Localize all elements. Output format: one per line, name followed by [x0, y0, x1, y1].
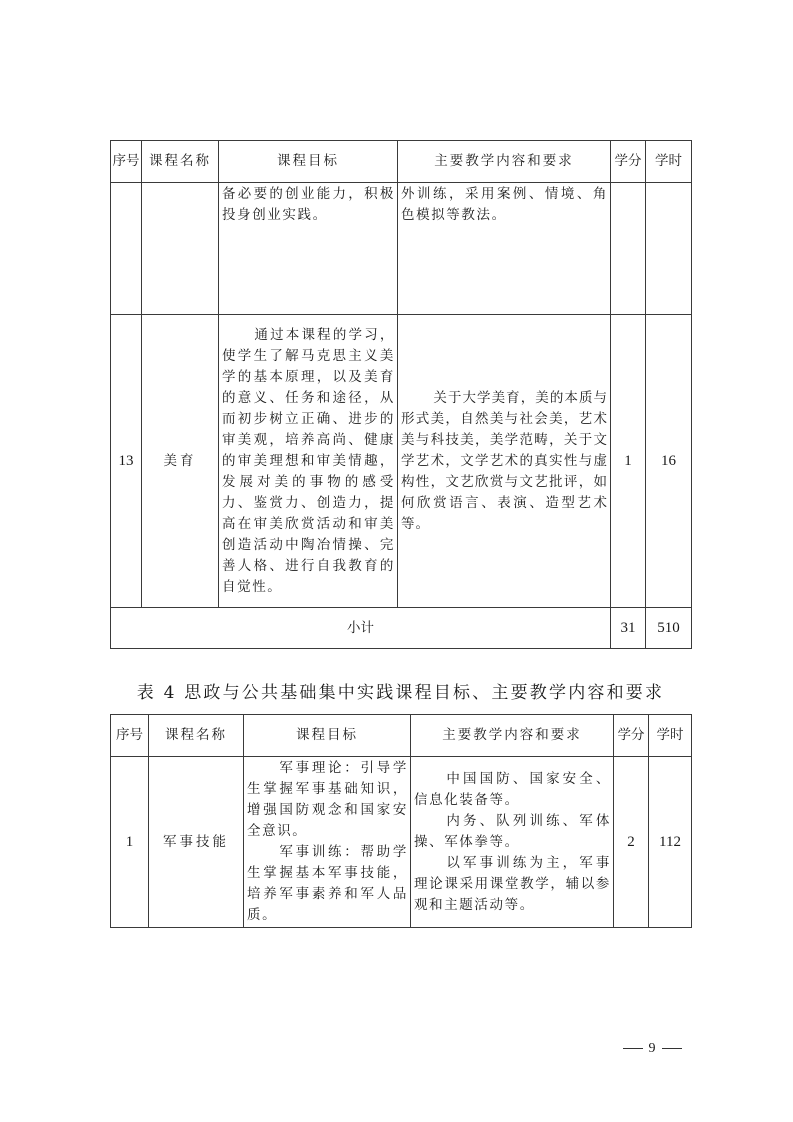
cell-course-goal: 备必要的创业能力，积极投身创业实践。	[219, 183, 398, 315]
table-row: 13 美育 通过本课程的学习，使学生了解马克思主义美学的基本原理，以及美育的意义…	[111, 315, 692, 608]
header-main-content: 主要教学内容和要求	[411, 715, 614, 757]
content-paragraph-2: 内务、队列训练、军体操、军体拳等。	[414, 811, 611, 853]
subtotal-hours: 510	[646, 608, 692, 649]
cell-hours	[646, 183, 692, 315]
content-paragraph-1: 中国国防、国家安全、信息化装备等。	[414, 769, 611, 811]
cell-seq: 1	[111, 757, 149, 928]
course-table-continued: 序号 课程名称 课程目标 主要教学内容和要求 学分 学时 备必要的创业能力，积极…	[110, 140, 692, 649]
cell-hours: 112	[649, 757, 692, 928]
cell-course-goal: 军事理论：引导学生掌握军事基础知识，增强国防观念和国家安全意识。 军事训练：帮助…	[244, 757, 411, 928]
dash-left	[623, 1048, 643, 1049]
header-seq: 序号	[111, 715, 149, 757]
table-header-row: 序号 课程名称 课程目标 主要教学内容和要求 学分 学时	[111, 715, 692, 757]
cell-hours: 16	[646, 315, 692, 608]
header-hours: 学时	[646, 141, 692, 183]
header-credit: 学分	[614, 715, 649, 757]
cell-main-content: 外训练，采用案例、情境、角色模拟等教法。	[398, 183, 611, 315]
header-credit: 学分	[611, 141, 646, 183]
cell-credit	[611, 183, 646, 315]
header-main-content: 主要教学内容和要求	[398, 141, 611, 183]
goal-paragraph-theory: 军事理论：引导学生掌握军事基础知识，增强国防观念和国家安全意识。	[247, 758, 408, 842]
header-course-goal: 课程目标	[244, 715, 411, 757]
header-seq: 序号	[111, 141, 142, 183]
subtotal-row: 小计 31 510	[111, 608, 692, 649]
table-header-row: 序号 课程名称 课程目标 主要教学内容和要求 学分 学时	[111, 141, 692, 183]
cell-course-name	[142, 183, 219, 315]
table-row-continued: 备必要的创业能力，积极投身创业实践。 外训练，采用案例、情境、角色模拟等教法。	[111, 183, 692, 315]
practice-course-table: 序号 课程名称 课程目标 主要教学内容和要求 学分 学时 1 军事技能 军事理论…	[110, 714, 692, 928]
header-course-goal: 课程目标	[219, 141, 398, 183]
cell-course-name: 美育	[142, 315, 219, 608]
page-number-value: 9	[649, 1041, 656, 1056]
subtotal-credit: 31	[611, 608, 646, 649]
dash-right	[662, 1048, 682, 1049]
goal-paragraph-training: 军事训练：帮助学生掌握基本军事技能，培养军事素养和军人品质。	[247, 842, 408, 926]
header-hours: 学时	[649, 715, 692, 757]
cell-credit: 2	[614, 757, 649, 928]
subtotal-label: 小计	[111, 608, 611, 649]
cell-main-content: 中国国防、国家安全、信息化装备等。 内务、队列训练、军体操、军体拳等。 以军事训…	[411, 757, 614, 928]
content-paragraph-3: 以军事训练为主，军事理论课采用课堂教学，辅以参观和主题活动等。	[414, 853, 611, 916]
cell-main-content: 关于大学美育，美的本质与形式美，自然美与社会美，艺术美与科技美，美学范畴，关于文…	[398, 315, 611, 608]
cell-credit: 1	[611, 315, 646, 608]
cell-seq: 13	[111, 315, 142, 608]
cell-course-name: 军事技能	[149, 757, 244, 928]
table-caption: 表 4 思政与公共基础集中实践课程目标、主要教学内容和要求	[110, 678, 691, 703]
table-row: 1 军事技能 军事理论：引导学生掌握军事基础知识，增强国防观念和国家安全意识。 …	[111, 757, 692, 928]
cell-seq	[111, 183, 142, 315]
page-number: 9	[612, 1041, 692, 1057]
header-course-name: 课程名称	[142, 141, 219, 183]
cell-course-goal: 通过本课程的学习，使学生了解马克思主义美学的基本原理，以及美育的意义、任务和途径…	[219, 315, 398, 608]
header-course-name: 课程名称	[149, 715, 244, 757]
